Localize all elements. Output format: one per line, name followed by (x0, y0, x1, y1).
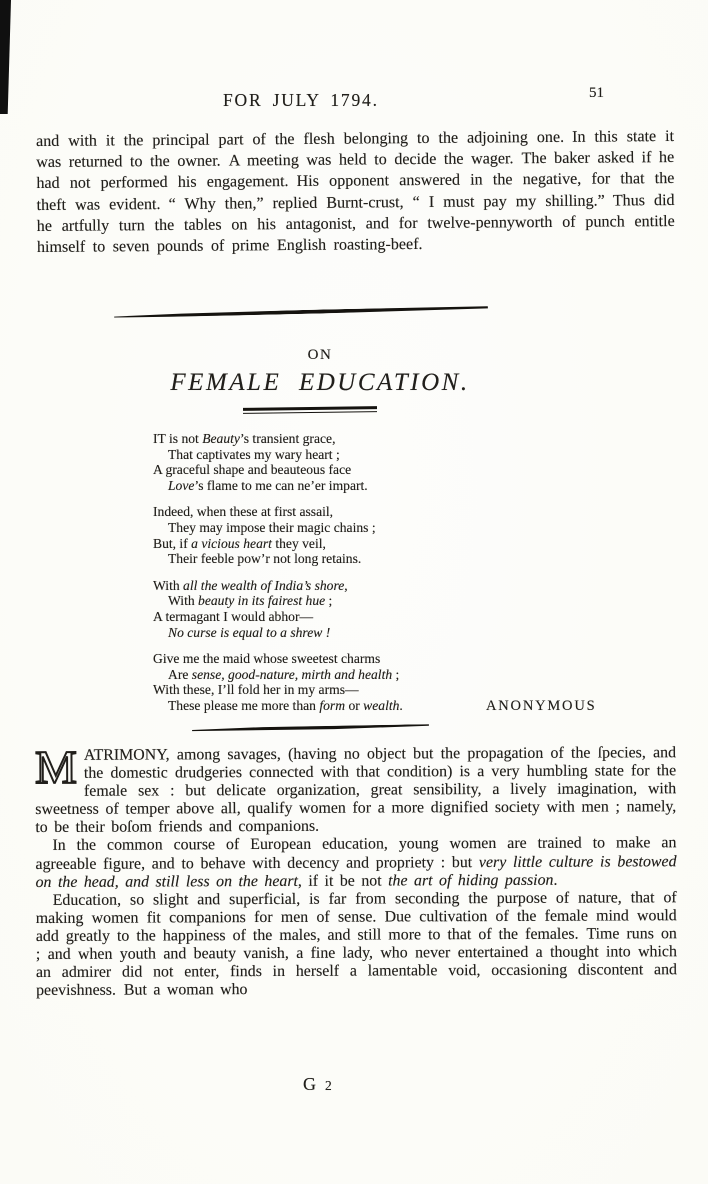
poem-line: IT is not Beauty’s transient grace, (153, 431, 403, 447)
text-run: With (168, 593, 198, 608)
magazine-page: FOR JULY 1794. 51 and with it the princi… (0, 0, 708, 1184)
poem-line: Give me the maid whose sweetest charms (153, 651, 403, 667)
body-paragraph: MATRIMONY, among savages, (having no obj… (35, 744, 676, 837)
title-underline (243, 407, 377, 413)
article-kicker: ON (0, 347, 640, 364)
running-header-title: FOR JULY 1794. (223, 90, 379, 111)
poem-line: Indeed, when these at first assail, (153, 504, 403, 520)
text-run: or (345, 698, 363, 713)
poem-attribution: ANONYMOUS (486, 698, 596, 715)
body-paragraph: Education, so slight and superficial, is… (36, 889, 677, 1000)
drop-cap: M (35, 747, 84, 788)
poem-line: That captivates my wary heart ; (153, 447, 403, 463)
text-run: With (153, 578, 183, 593)
intro-paragraph: and with it the principal part of the fl… (36, 126, 675, 258)
poem-line: Love’s flame to me can ne’er impart. (153, 478, 403, 494)
page-number: 51 (589, 85, 604, 102)
poem-line: No curse is equal to a shrew ! (153, 625, 403, 641)
poem-line: A termagant I would abhor— (153, 609, 403, 625)
poem-line: With all the wealth of India’s shore, (153, 578, 403, 594)
text-run: With these, I’ll fold her in my arms— (153, 682, 359, 697)
poem-line: They may impose their magic chains ; (153, 520, 403, 536)
italic-text-run: wealth (363, 698, 399, 713)
italic-text-run: form (319, 698, 345, 713)
text-run: . (399, 698, 402, 713)
signature-mark: G2 (303, 1074, 332, 1095)
poem-line: Are sense, good-nature, mirth and health… (153, 667, 403, 683)
text-run: IT is not (153, 431, 202, 446)
poem-stanza: Indeed, when these at first assail,They … (153, 504, 403, 566)
italic-text-run: Love (168, 478, 194, 493)
text-run: they veil, (272, 536, 326, 551)
poem-line: With beauty in its fairest hue ; (153, 593, 403, 609)
italic-text-run: a vicious heart (191, 536, 272, 551)
article-body: MATRIMONY, among savages, (having no obj… (35, 744, 677, 1000)
text-run: Indeed, when these at first assail, (153, 504, 333, 519)
text-run: Their feeble pow’r not long retains. (168, 551, 361, 566)
poem-stanza: Give me the maid whose sweetest charmsAr… (153, 651, 403, 713)
italic-text-run: Beauty (202, 431, 240, 446)
poem-divider-rule (192, 724, 429, 731)
text-run: , if it be not (298, 872, 388, 889)
section-divider-rule (114, 306, 488, 319)
poem-line: Their feeble pow’r not long retains. (153, 551, 403, 567)
text-run: ’s flame to me can ne’er impart. (194, 478, 367, 493)
poem-line: These please me more than form or wealth… (153, 698, 403, 714)
poem-stanza: With all the wealth of India’s shore,Wit… (153, 578, 403, 640)
italic-text-run: sense, good-nature, mirth and health (192, 667, 392, 682)
text-run: , (344, 578, 347, 593)
poem: IT is not Beauty’s transient grace,That … (153, 431, 403, 725)
italic-text-run: all the wealth of India’s shore (183, 578, 344, 593)
title-underline-thin (243, 411, 377, 414)
text-run: Give me the maid whose sweetest charms (153, 651, 380, 666)
text-run: ; (392, 667, 399, 682)
signature-letter: G (303, 1074, 316, 1094)
text-run: Are (168, 667, 192, 682)
italic-text-run: No curse is equal to a shrew ! (168, 625, 330, 640)
italic-text-run: the art of hiding passion (388, 871, 553, 889)
italic-text-run: beauty in its fairest hue (198, 593, 325, 608)
article-title: FEMALE EDUCATION. (0, 369, 640, 397)
signature-number: 2 (325, 1078, 332, 1093)
text-run: . (553, 871, 557, 888)
text-run: These please me more than (168, 698, 319, 713)
text-run: ’s transient grace, (240, 431, 336, 446)
title-underline-thick (243, 406, 377, 410)
text-run: and with it the principal part of the fl… (36, 128, 675, 256)
poem-line: With these, I’ll fold her in my arms— (153, 682, 403, 698)
text-run: Education, so slight and superficial, is… (36, 889, 677, 999)
text-run: That captivates my wary heart ; (168, 447, 340, 462)
poem-line: A graceful shape and beauteous face (153, 462, 403, 478)
scan-artifact-mark (0, 0, 11, 114)
poem-stanza: IT is not Beauty’s transient grace,That … (153, 431, 403, 493)
text-run: ATRIMONY, among savages, (having no obje… (35, 744, 676, 836)
text-run: A termagant I would abhor— (153, 609, 313, 624)
text-run: They may impose their magic chains ; (168, 520, 376, 535)
text-run: A graceful shape and beauteous face (153, 462, 351, 477)
body-paragraph: In the common course of European educati… (35, 835, 676, 892)
text-run: ; (325, 593, 332, 608)
poem-line: But, if a vicious heart they veil, (153, 536, 403, 552)
text-run: But, if (153, 536, 191, 551)
